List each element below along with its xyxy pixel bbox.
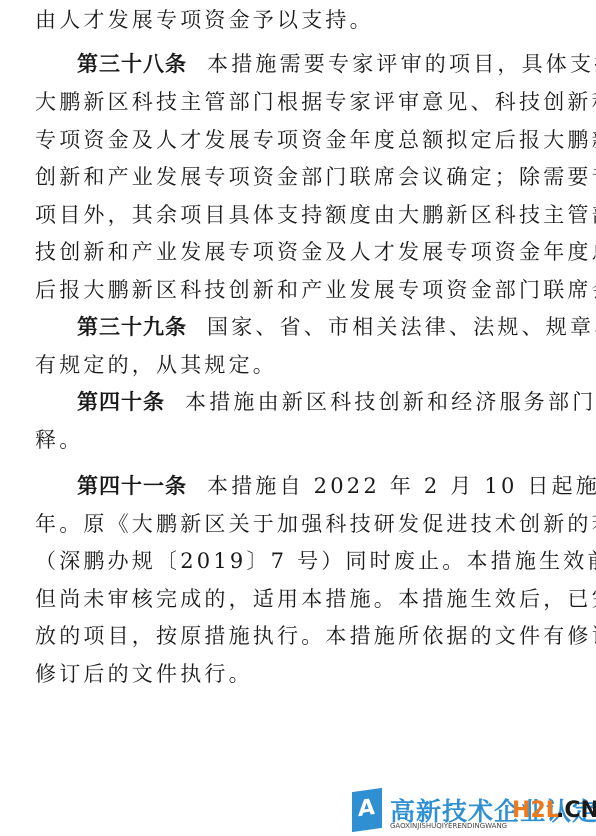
document-line: 有规定的，从其规定。 [35, 347, 563, 383]
document-line: 但尚未审核完成的，适用本措施。本措施生效后，已完成资金发 [35, 581, 563, 617]
document-line: （深鹏办规〔2019〕7 号）同时废止。本措施生效前已经申报， [35, 543, 563, 579]
document-line: 释。 [35, 422, 563, 458]
document-line: 专项资金及人才发展专项资金年度总额拟定后报大鹏新区科技 [35, 122, 563, 158]
article-number: 第三十八条 [77, 52, 187, 76]
line-text: 技创新和产业发展专项资金及人才发展专项资金年度总额拟定 [35, 240, 596, 264]
line-text: 有规定的，从其规定。 [35, 353, 277, 377]
watermark-domain-h2l: H2L [512, 798, 560, 823]
line-text: 创新和产业发展专项资金部门联席会议确定；除需要专家评审的 [35, 165, 596, 189]
line-text: 但尚未审核完成的，适用本措施。本措施生效后，已完成资金发 [35, 587, 596, 611]
document-line: 项目外，其余项目具体支持额度由大鹏新区科技主管部门根据科 [35, 197, 563, 233]
line-text: （深鹏办规〔2019〕7 号）同时废止。本措施生效前已经申报， [35, 549, 596, 573]
site-watermark: A 高新技术企业认定网 GAOXINJISHUQIYERENDINGWANG H… [352, 786, 596, 836]
line-text: 本措施由新区科技创新和经济服务部门负责解 [185, 390, 596, 414]
watermark-domain-suffix: .CN [556, 798, 596, 823]
document-line: 放的项目，按原措施执行。本措施所依据的文件有修订的，按照 [35, 618, 563, 654]
line-text: 大鹏新区科技主管部门根据专家评审意见、科技创新和产业发展 [35, 90, 596, 114]
line-text: 本措施自 2022 年 2 月 10 日起施行，有效期五 [207, 474, 596, 498]
document-line: 第三十九条国家、省、市相关法律、法规、规章、政策另 [35, 309, 563, 345]
document-line: 大鹏新区科技主管部门根据专家评审意见、科技创新和产业发展 [35, 84, 563, 120]
document-line: 第四十条本措施由新区科技创新和经济服务部门负责解 [35, 384, 563, 420]
site-logo-icon: A [352, 788, 382, 832]
line-text: 年。原《大鹏新区关于加强科技研发促进技术创新的若干措施》 [35, 512, 596, 536]
watermark-pinyin: GAOXINJISHUQIYERENDINGWANG [390, 822, 507, 830]
line-text: 本措施需要专家评审的项目，具体支持额度由 [207, 52, 596, 76]
logo-letter: A [358, 795, 375, 822]
line-text: 项目外，其余项目具体支持额度由大鹏新区科技主管部门根据科 [35, 203, 596, 227]
document-line: 后报大鹏新区科技创新和产业发展专项资金部门联席会议确定。 [35, 272, 563, 308]
document-line: 第三十八条本措施需要专家评审的项目，具体支持额度由 [35, 46, 563, 82]
line-text: 释。 [35, 428, 83, 452]
line-text: 由人才发展专项资金予以支持。 [35, 8, 374, 32]
document-line: 年。原《大鹏新区关于加强科技研发促进技术创新的若干措施》 [35, 506, 563, 542]
line-text: 后报大鹏新区科技创新和产业发展专项资金部门联席会议确定。 [35, 278, 596, 302]
line-text: 放的项目，按原措施执行。本措施所依据的文件有修订的，按照 [35, 624, 596, 648]
line-text: 国家、省、市相关法律、法规、规章、政策另 [207, 315, 596, 339]
article-number: 第四十一条 [77, 474, 187, 498]
article-number: 第四十条 [77, 390, 165, 414]
line-text: 专项资金及人才发展专项资金年度总额拟定后报大鹏新区科技 [35, 128, 596, 152]
article-number: 第三十九条 [77, 315, 187, 339]
document-line: 修订后的文件执行。 [35, 656, 563, 692]
document-line: 由人才发展专项资金予以支持。 [35, 2, 563, 38]
document-line: 创新和产业发展专项资金部门联席会议确定；除需要专家评审的 [35, 159, 563, 195]
document-line: 第四十一条本措施自 2022 年 2 月 10 日起施行，有效期五 [35, 468, 563, 504]
document-line: 技创新和产业发展专项资金及人才发展专项资金年度总额拟定 [35, 234, 563, 270]
line-text: 修订后的文件执行。 [35, 662, 253, 686]
